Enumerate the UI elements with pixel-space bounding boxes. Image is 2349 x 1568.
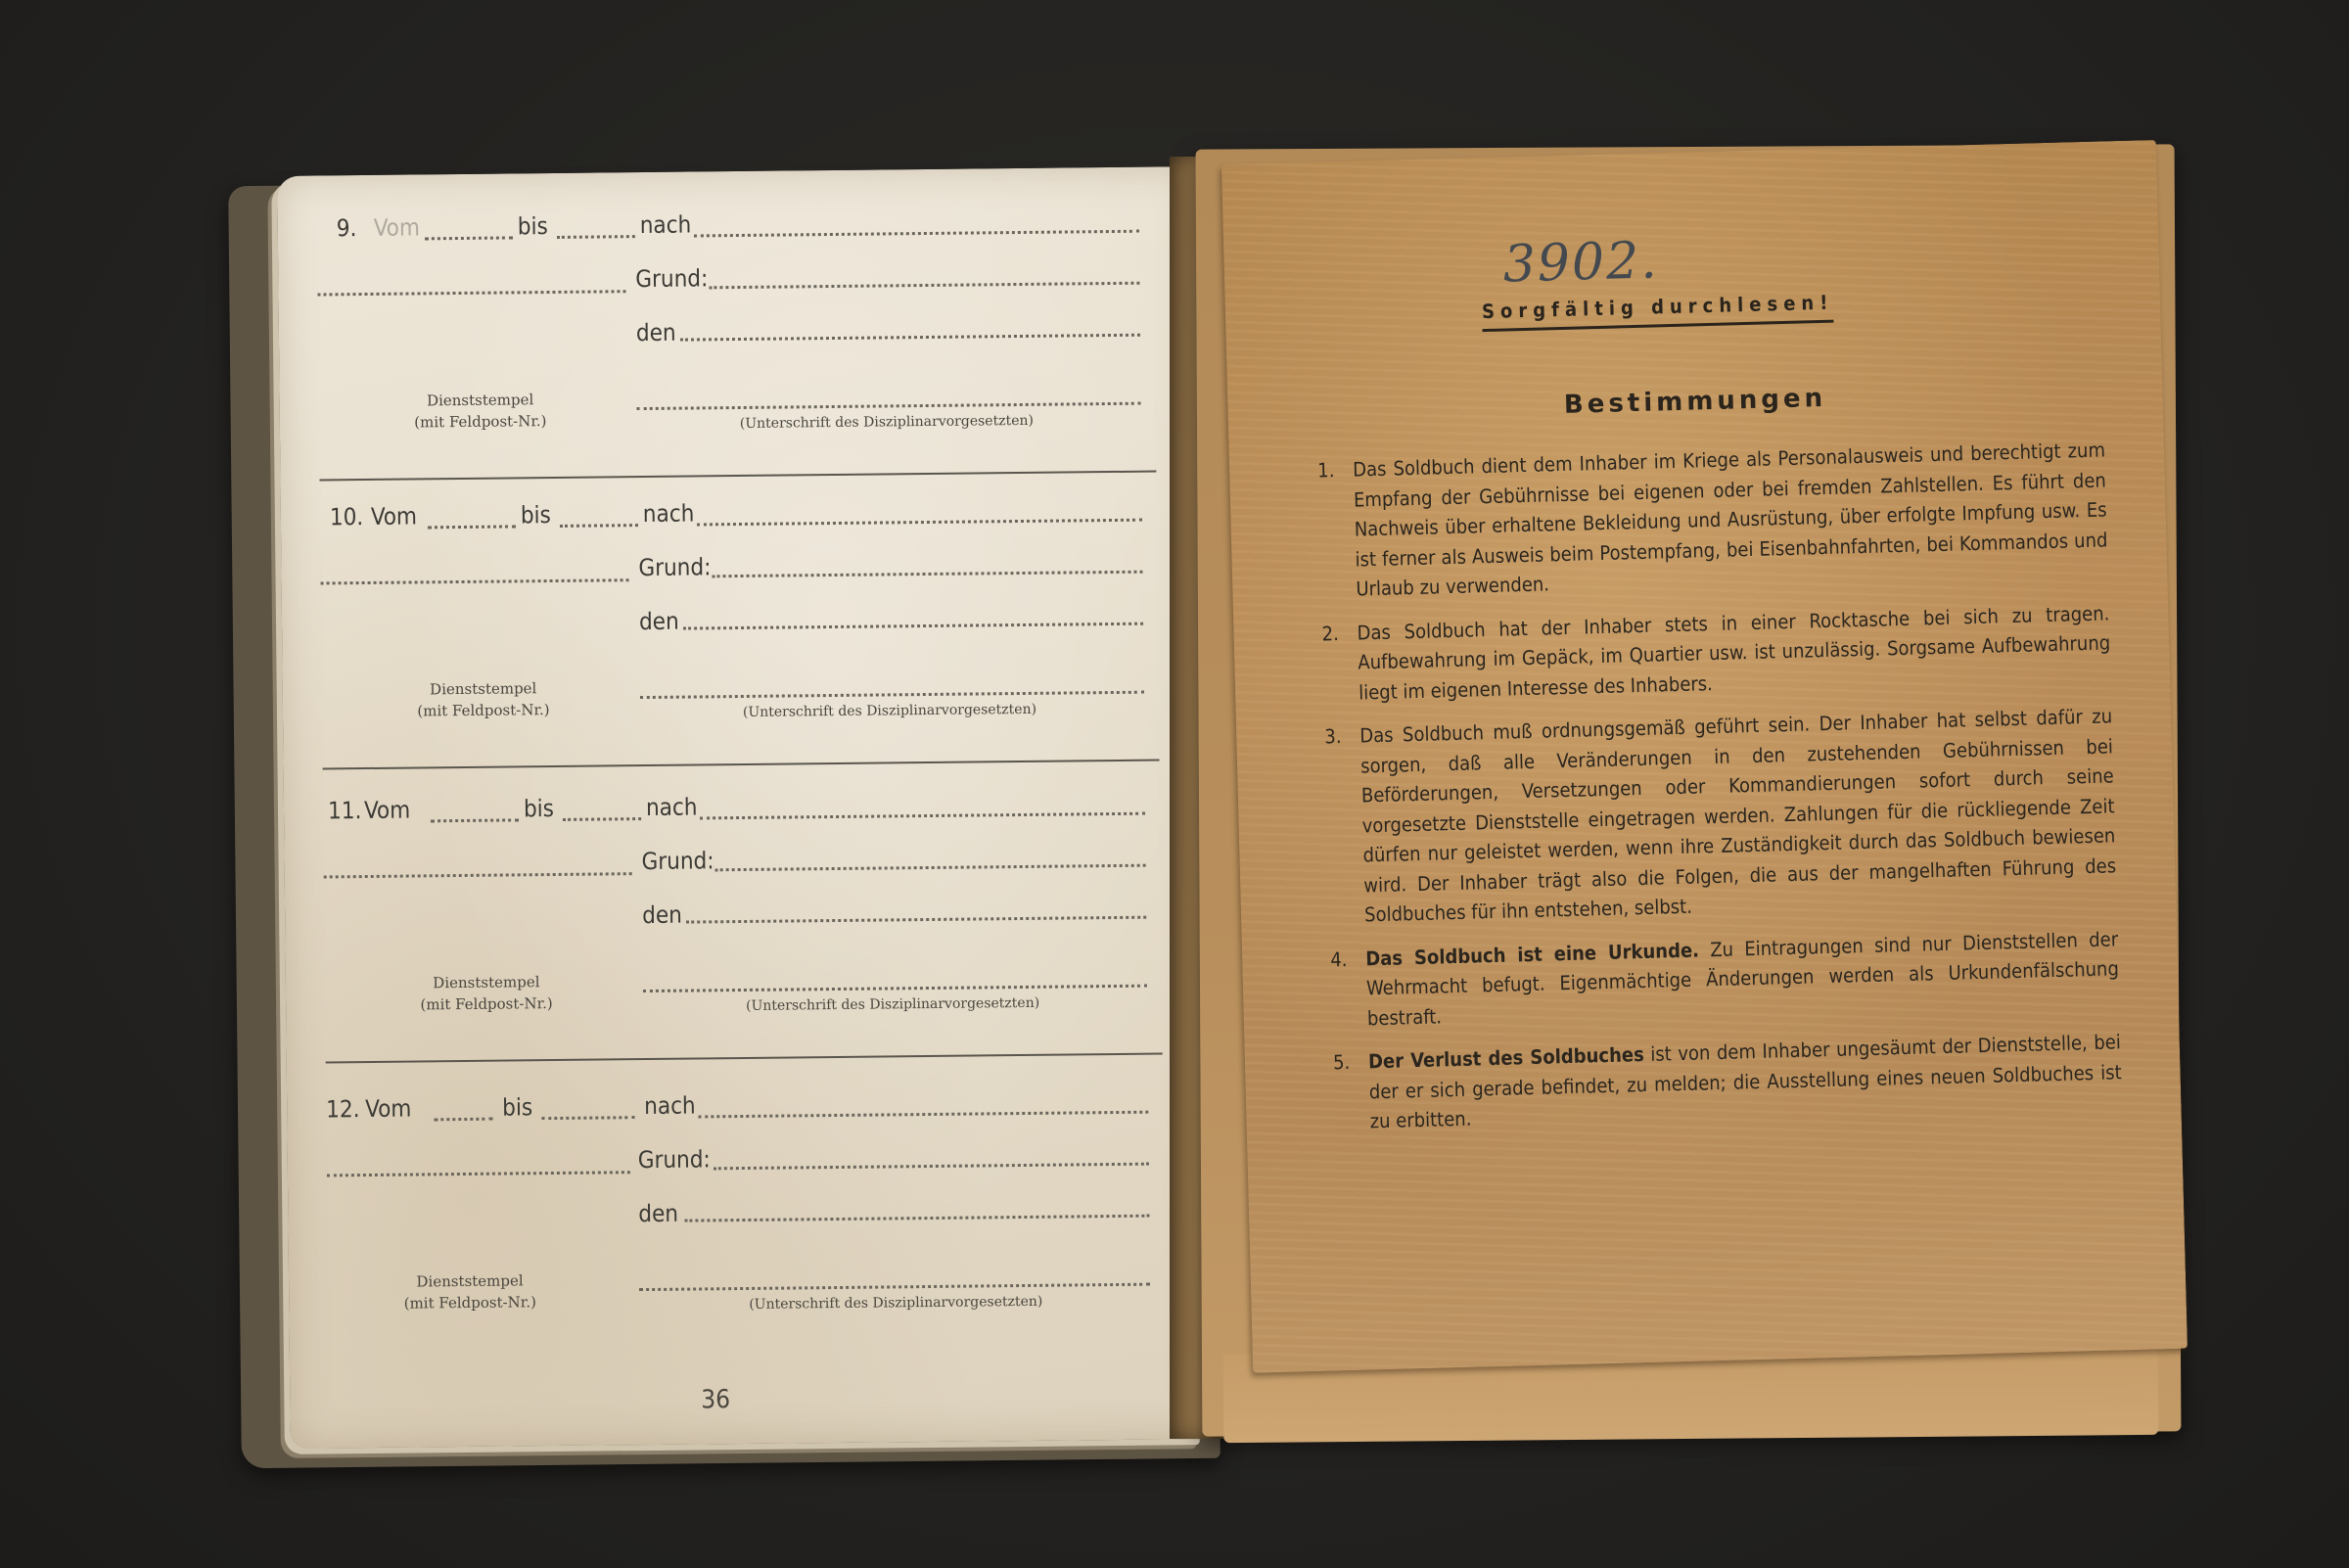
location-field (327, 1171, 630, 1176)
regulation-item: 3. Das Soldbuch muß ordnungsgemäß geführ… (1324, 701, 2117, 930)
cover-inner-flap: 3902. Sorgfältig durchlesen! Bestimmunge… (1221, 140, 2188, 1373)
grund-label: Grund: (638, 553, 711, 581)
left-page: 9. Vom bis nach Grund: den Dienststempel… (277, 166, 1206, 1449)
nach-label: nach (644, 1092, 696, 1121)
regulation-item: 2. Das Soldbuch hat der Inhaber stets in… (1321, 598, 2111, 709)
den-field (686, 916, 1146, 924)
vom-label: Vom (365, 1095, 411, 1123)
service-stamp-label: Dienststempel (mit Feldpost-Nr.) (378, 389, 583, 434)
grund-label: Grund: (635, 264, 708, 293)
bis-field (557, 235, 635, 239)
bis-label: bis (524, 795, 554, 822)
entry-number: 9. (337, 214, 357, 242)
vom-field (425, 236, 513, 240)
photo-scene: 9. Vom bis nach Grund: den Dienststempel… (0, 0, 2349, 1568)
nach-label: nach (640, 211, 692, 240)
bis-label: bis (521, 501, 551, 529)
location-field (321, 578, 629, 584)
signature-label: (Unterschrift des Disziplinarvorgesetzte… (691, 412, 1082, 432)
transfer-entry-9: 9. Vom bis nach Grund: den Dienststempel… (316, 187, 1156, 489)
nach-field (694, 230, 1139, 238)
regulations-list: 1. Das Soldbuch dient dem Inhaber im Kri… (1317, 435, 2123, 1150)
location-field (317, 290, 625, 296)
signature-field (639, 1283, 1150, 1291)
nach-field (698, 1111, 1148, 1119)
vom-field (428, 525, 516, 529)
den-field (683, 623, 1143, 630)
transfer-entry-10: 10. Vom bis nach Grund: den Dienststempe… (320, 476, 1160, 778)
bis-field (541, 1116, 634, 1120)
signature-label: (Unterschrift des Disziplinarvorgesetzte… (694, 701, 1085, 720)
entry-number: 12. (326, 1095, 360, 1123)
service-stamp-label: Dienststempel (mit Feldpost-Nr.) (367, 1269, 573, 1314)
regulation-item: 4. Das Soldbuch ist eine Urkunde. Zu Ein… (1330, 924, 2120, 1035)
signature-field (640, 691, 1144, 699)
bis-label: bis (502, 1093, 532, 1121)
den-label: den (639, 608, 679, 635)
transfer-entry-11: 11. Vom bis nach Grund: den Dienststempe… (323, 769, 1163, 1072)
vom-label: Vom (371, 502, 417, 530)
regulation-item: 1. Das Soldbuch dient dem Inhaber im Kri… (1317, 435, 2109, 605)
page-number: 36 (701, 1385, 730, 1414)
signature-field (637, 402, 1141, 410)
bis-field (563, 817, 641, 821)
den-field (680, 334, 1140, 342)
section-divider (326, 1053, 1163, 1064)
vom-field (431, 818, 519, 822)
grund-label: Grund: (641, 847, 714, 875)
nach-field (697, 519, 1142, 527)
entry-number: 10. (330, 503, 364, 530)
nach-field (700, 812, 1145, 820)
vom-label: Vom (364, 797, 410, 824)
grund-field (713, 571, 1143, 578)
den-label: den (636, 319, 676, 346)
den-field (684, 1215, 1149, 1222)
transfer-entry-12: 12. Vom bis nach Grund: den Dienststempe… (326, 1068, 1166, 1370)
signature-label: (Unterschrift des Disziplinarvorgesetzte… (697, 994, 1088, 1014)
regulations-heading: Bestimmungen (1227, 375, 2162, 429)
bis-field (560, 524, 638, 528)
bis-label: bis (518, 212, 548, 240)
service-stamp-label: Dienststempel (mit Feldpost-Nr.) (381, 677, 586, 722)
grund-field (714, 1163, 1149, 1171)
section-divider (323, 760, 1160, 770)
regulation-item: 5. Der Verlust des Soldbuches ist von de… (1333, 1027, 2123, 1137)
read-carefully-notice: Sorgfältig durchlesen! (1482, 291, 1834, 332)
grund-field (709, 282, 1139, 290)
vom-field (434, 1118, 492, 1122)
signature-label: (Unterschrift des Disziplinarvorgesetzte… (700, 1293, 1091, 1313)
handwritten-inventory-number: 3902. (1502, 231, 1659, 294)
location-field (324, 872, 632, 878)
nach-label: nach (643, 499, 695, 528)
entry-number: 11. (328, 797, 362, 824)
grund-label: Grund: (638, 1145, 711, 1174)
vom-label: Vom (374, 213, 420, 241)
nach-label: nach (646, 793, 698, 821)
service-stamp-label: Dienststempel (mit Feldpost-Nr.) (384, 971, 589, 1016)
den-label: den (642, 901, 682, 929)
signature-field (643, 985, 1147, 992)
den-label: den (638, 1200, 678, 1227)
grund-field (715, 864, 1146, 872)
